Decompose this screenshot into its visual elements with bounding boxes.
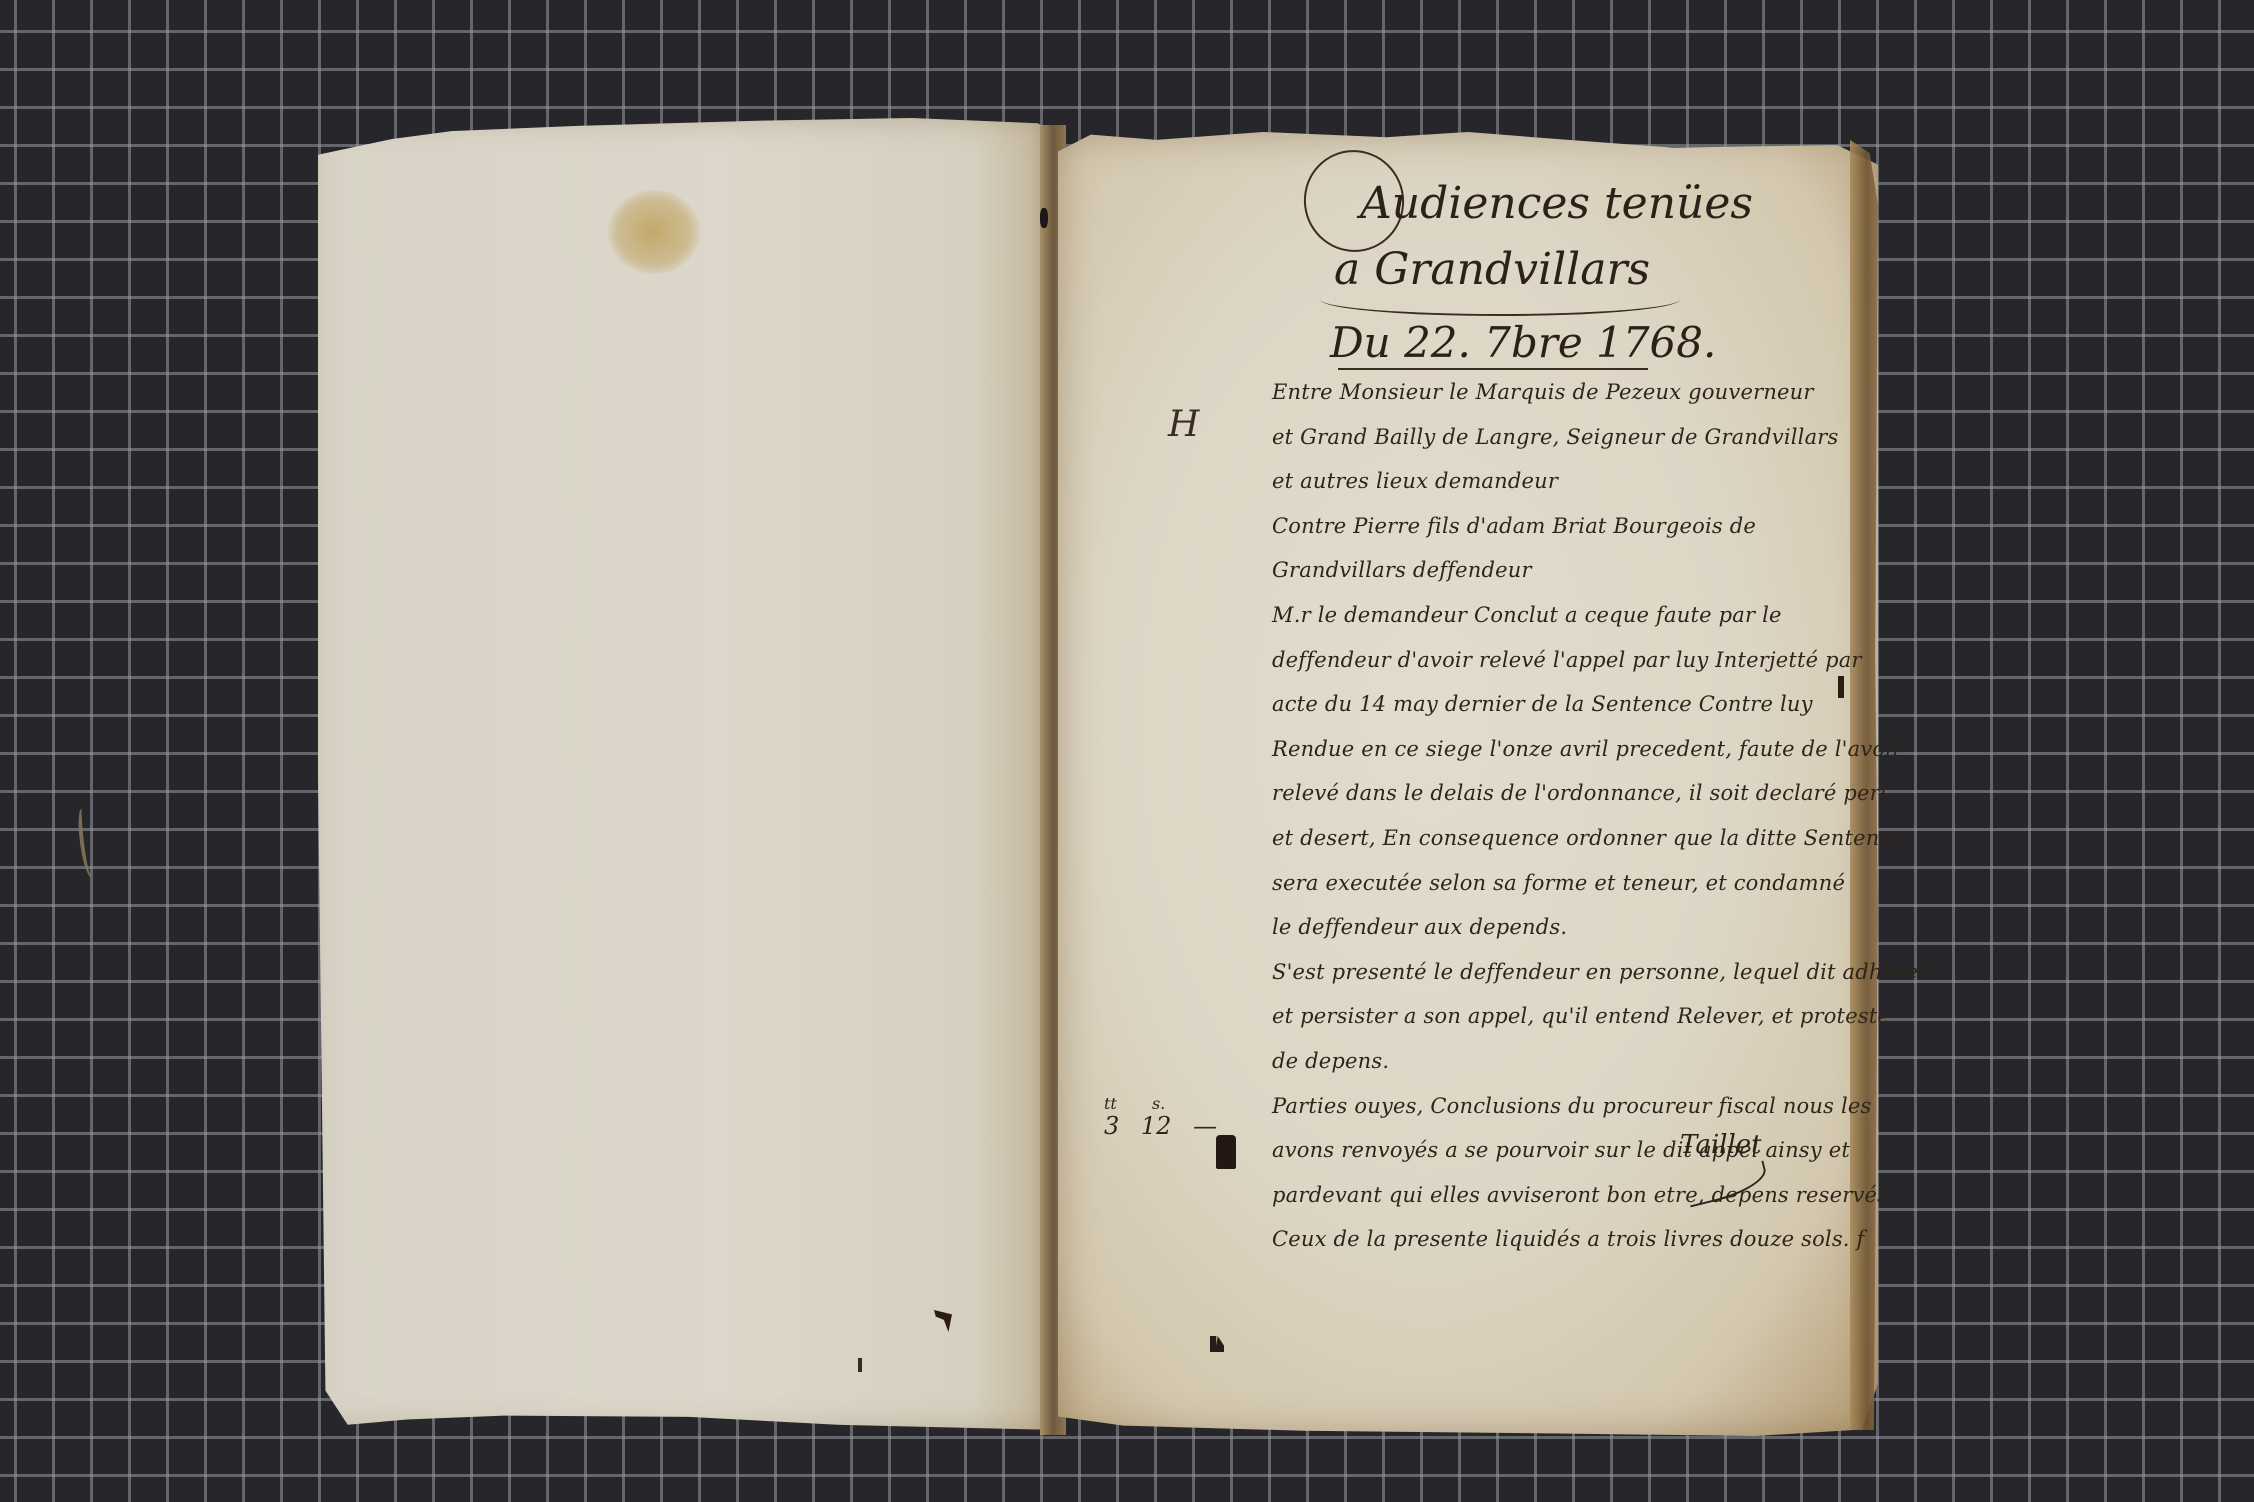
clerk-signature: Taillet: [1680, 1130, 1762, 1160]
heading-line-1: Audiences tenües: [1360, 178, 1753, 229]
text-line: et persister a son appel, qu'il entend R…: [1272, 994, 1872, 1039]
left-page: [318, 118, 1060, 1430]
ink-mark: [858, 1358, 862, 1372]
text-line: Grandvillars deffendeur: [1272, 548, 1872, 593]
gutter-ink-mark: [1040, 208, 1048, 228]
loose-thread: [76, 807, 97, 878]
text-line: acte du 14 may dernier de la Sentence Co…: [1272, 682, 1872, 727]
ink-blot: [1216, 1135, 1236, 1169]
paper-stain: [608, 190, 700, 274]
amount-units: tt s.: [1104, 1094, 1165, 1113]
text-line: Ceux de la presente liquidés a trois liv…: [1272, 1217, 1872, 1262]
text-line: avons renvoyés a se pourvoir sur le dit …: [1272, 1128, 1872, 1173]
text-line: relevé dans le delais de l'ordonnance, i…: [1272, 771, 1872, 816]
text-line: et Grand Bailly de Langre, Seigneur de G…: [1272, 415, 1872, 460]
text-line: S'est presenté le deffendeur en personne…: [1272, 950, 1872, 995]
text-line: pardevant qui elles avviseront bon etre,…: [1272, 1173, 1872, 1218]
heading-date: Du 22. 7bre 1768.: [1330, 318, 1716, 367]
manuscript-body: Entre Monsieur le Marquis de Pezeux gouv…: [1272, 370, 1872, 1262]
amount-values: 3 12 —: [1104, 1112, 1217, 1140]
text-line: deffendeur d'avoir relevé l'appel par lu…: [1272, 638, 1872, 683]
heading-line-2: a Grandvillars: [1334, 244, 1650, 295]
text-line: et autres lieux demandeur: [1272, 459, 1872, 504]
ink-mark: [1838, 676, 1844, 698]
text-line: sera executée selon sa forme et teneur, …: [1272, 861, 1872, 906]
text-line: Entre Monsieur le Marquis de Pezeux gouv…: [1272, 370, 1872, 415]
margin-annotation: H: [1168, 404, 1199, 445]
text-line: de depens.: [1272, 1039, 1872, 1084]
heading-flourish: [1320, 296, 1680, 316]
ink-blot: [934, 1310, 952, 1332]
text-line: Parties ouyes, Conclusions du procureur …: [1272, 1084, 1872, 1129]
text-line: Contre Pierre fils d'adam Briat Bourgeoi…: [1272, 504, 1872, 549]
text-line: M.r le demandeur Conclut a ceque faute p…: [1272, 593, 1872, 638]
text-line: et desert, En consequence ordonner que l…: [1272, 816, 1872, 861]
text-line: Rendue en ce siege l'onze avril preceden…: [1272, 727, 1872, 772]
text-line: le deffendeur aux depends.: [1272, 905, 1872, 950]
page-heading: Audiences tenües a Grandvillars Du 22. 7…: [1290, 150, 1710, 370]
